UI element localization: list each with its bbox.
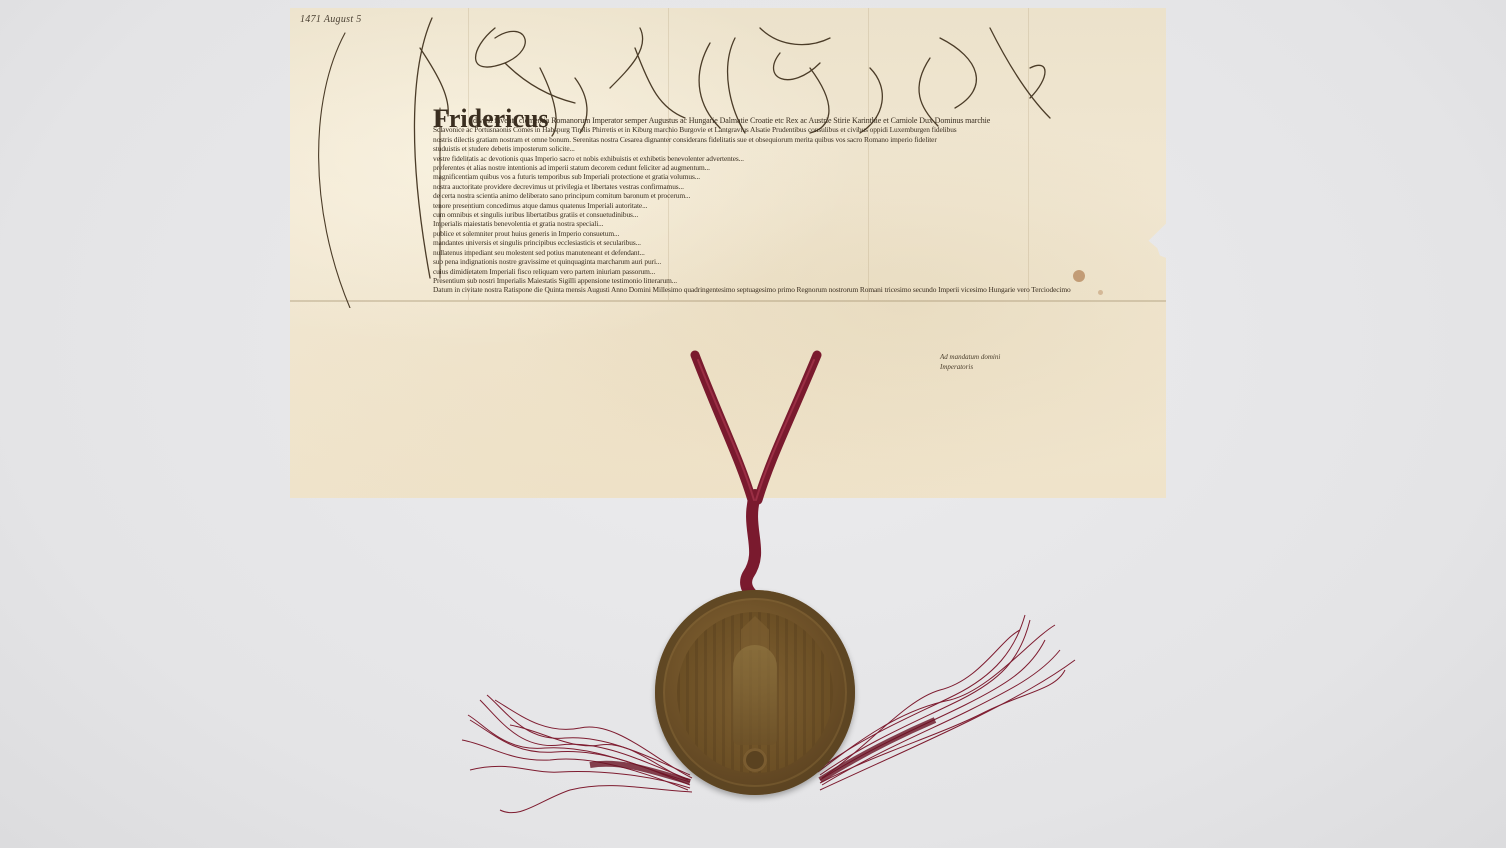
text-line: Presentium sub nostri Imperialis Maiesta… xyxy=(433,276,1115,285)
text-line: studuistis et studere debetis imposterum… xyxy=(433,144,1115,153)
initial-letter: Fridericus xyxy=(433,108,549,134)
text-line: sub pena indignationis nostre gravissime… xyxy=(433,257,1115,266)
text-line: cuius dimidietatem Imperiali fisco reliq… xyxy=(433,267,1115,276)
text-line: de certa nostra scientia animo deliberat… xyxy=(433,191,1115,200)
text-line: magnificentiam quibus vos a futuris temp… xyxy=(433,172,1115,181)
text-line: vestre fidelitatis ac devotionis quas Im… xyxy=(433,154,1115,163)
text-line: mandantes universis et singulis principi… xyxy=(433,238,1115,247)
wax-seal xyxy=(655,590,855,795)
text-line: Datum in civitate nostra Ratispone die Q… xyxy=(433,285,1115,294)
text-line: preferentes et alias nostre intentionis … xyxy=(433,163,1115,172)
text-line: tenore presentium concedimus atque damus… xyxy=(433,201,1115,210)
text-line: Imperialis maiestatis benevolentia et gr… xyxy=(433,219,1115,228)
text-line: nostris dilectis gratiam nostram et omne… xyxy=(433,135,1115,144)
text-line: cum omnibus et singulis iuribus libertat… xyxy=(433,210,1115,219)
seal-rosette xyxy=(743,748,767,772)
stain xyxy=(1098,290,1103,295)
text-line: nostra auctoritate providere decrevimus … xyxy=(433,182,1115,191)
charter-text-block: Fridericus divina favente clementia Roma… xyxy=(433,108,1115,298)
text-line: nullatenus impediant seu molestent sed p… xyxy=(433,248,1115,257)
text-line: publice et solemniter prout huius generi… xyxy=(433,229,1115,238)
parchment-charter: 1471 August 5 Fridericus divina xyxy=(290,8,1166,498)
stain xyxy=(1073,270,1085,282)
chancery-signature: Ad mandatum domini Imperatoris xyxy=(940,352,1000,372)
seal-enthroned-figure xyxy=(733,645,777,745)
